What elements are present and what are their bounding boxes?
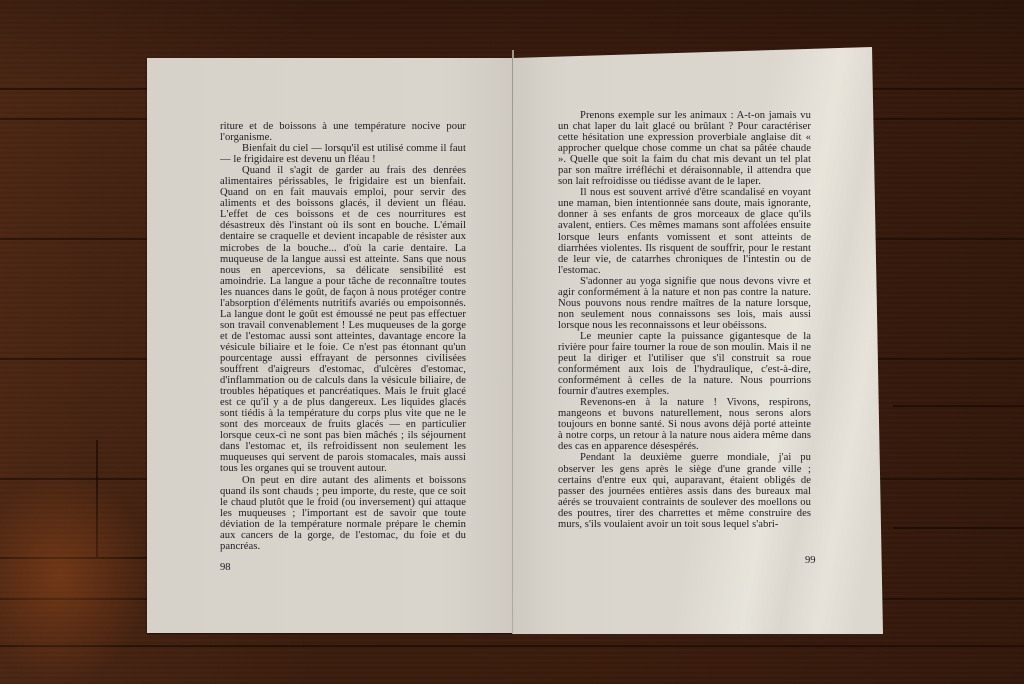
left-page: riture et de boissons à une température … xyxy=(147,58,513,633)
paragraph: Quand il s'agit de garder au frais des d… xyxy=(220,165,466,474)
floor-board-seam xyxy=(893,527,1024,529)
page-number: 99 xyxy=(805,555,816,566)
paragraph: Bienfait du ciel — lorsqu'il est utilisé… xyxy=(220,143,466,165)
floor-board-seam xyxy=(893,405,1024,407)
left-page-text: riture et de boissons à une température … xyxy=(220,121,466,552)
floor-board-seam xyxy=(0,645,1024,647)
paragraph: Il nous est souvent arrivé d'être scanda… xyxy=(558,187,811,275)
paragraph: Revenons-en à la nature ! Vivons, respir… xyxy=(558,397,811,452)
paragraph: On peut en dire autant des aliments et b… xyxy=(220,475,466,552)
paragraph: Pendant la deuxième guerre mondiale, j'a… xyxy=(558,452,811,529)
paragraph: Prenons exemple sur les animaux : A-t-on… xyxy=(558,110,811,187)
paragraph: riture et de boissons à une température … xyxy=(220,121,466,143)
right-page: Prenons exemple sur les animaux : A-t-on… xyxy=(513,47,883,634)
page-number: 98 xyxy=(220,562,231,573)
right-page-text: Prenons exemple sur les animaux : A-t-on… xyxy=(558,110,811,530)
sunlight-patch xyxy=(0,470,150,684)
paragraph: Le meunier capte la puissance gigantesqu… xyxy=(558,331,811,397)
paragraph: S'adonner au yoga signifie que nous devo… xyxy=(558,276,811,331)
